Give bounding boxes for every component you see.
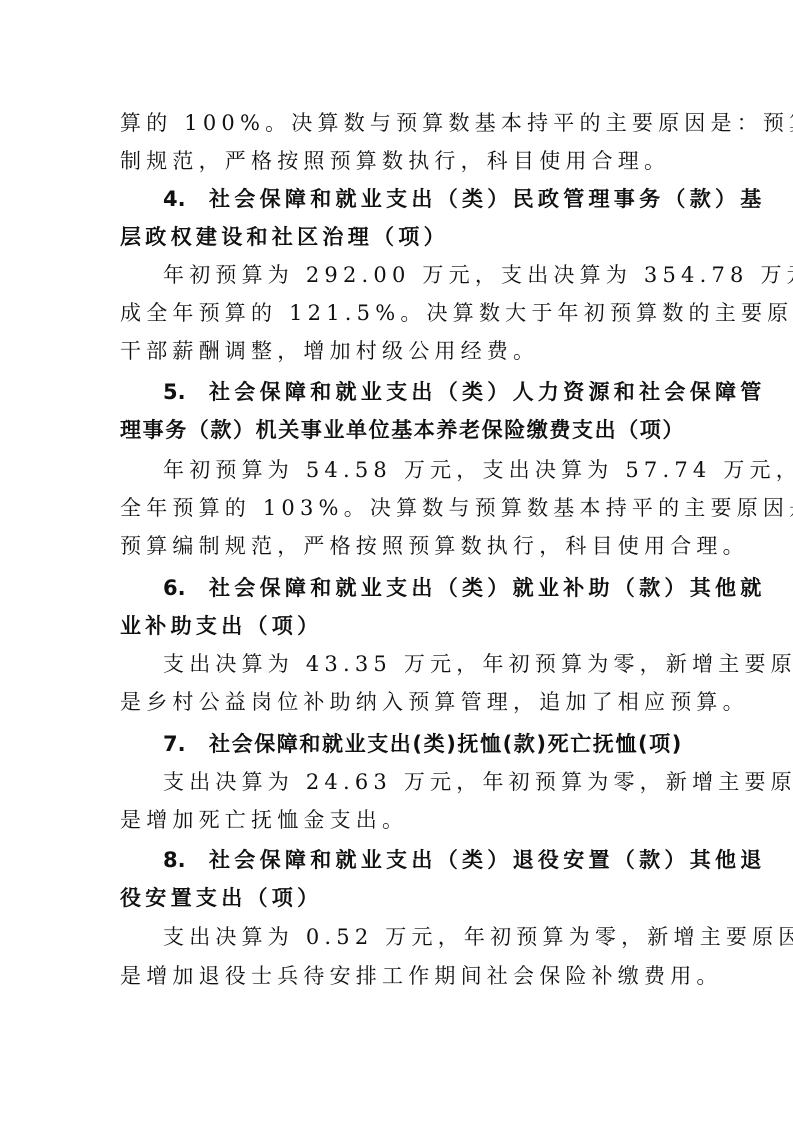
paragraph-line: 是乡村公益岗位补助纳入预算管理，追加了相应预算。 <box>120 687 680 717</box>
section-heading-5: 5.社会保障和就业支出（类）人力资源和社会保障管 <box>163 377 723 407</box>
paragraph-line: 年初预算为 292.00 万元，支出决算为 354.78 万元，完 <box>163 260 723 290</box>
paragraph-line: 年初预算为 54.58 万元，支出决算为 57.74 万元，完成 <box>163 455 723 485</box>
paragraph-line: 算的 100%。决算数与预算数基本持平的主要原因是：预算编 <box>120 108 680 138</box>
section-heading-5-cont: 理事务（款）机关事业单位基本养老保险缴费支出（项） <box>120 415 680 445</box>
paragraph-line: 支出决算为 24.63 万元，年初预算为零，新增主要原因 <box>163 767 723 797</box>
document-page: 算的 100%。决算数与预算数基本持平的主要原因是：预算编 制规范，严格按照预算… <box>0 0 793 1122</box>
paragraph-line: 是增加退役士兵待安排工作期间社会保险补缴费用。 <box>120 961 680 991</box>
section-number: 5. <box>163 377 209 407</box>
paragraph-line: 全年预算的 103%。决算数与预算数基本持平的主要原因是： <box>120 493 680 523</box>
section-heading-4: 4.社会保障和就业支出（类）民政管理事务（款）基 <box>163 184 723 214</box>
section-number: 7. <box>163 729 209 759</box>
paragraph-line: 干部薪酬调整，增加村级公用经费。 <box>120 336 680 366</box>
paragraph-line: 成全年预算的 121.5%。决算数大于年初预算数的主要原因村 <box>120 298 680 328</box>
section-heading-4-cont: 层政权建设和社区治理（项） <box>120 222 680 252</box>
paragraph-line: 是增加死亡抚恤金支出。 <box>120 805 680 835</box>
paragraph-line: 支出决算为 43.35 万元，年初预算为零，新增主要原因 <box>163 649 723 679</box>
section-heading-7: 7.社会保障和就业支出(类)抚恤(款)死亡抚恤(项) <box>163 729 723 759</box>
section-heading-6: 6.社会保障和就业支出（类）就业补助（款）其他就 <box>163 573 723 603</box>
section-number: 4. <box>163 184 209 214</box>
paragraph-line: 预算编制规范，严格按照预算数执行，科目使用合理。 <box>120 531 680 561</box>
section-number: 8. <box>163 845 209 875</box>
paragraph-line: 支出决算为 0.52 万元，年初预算为零，新增主要原因 <box>163 922 723 952</box>
section-heading-6-cont: 业补助支出（项） <box>120 611 680 641</box>
section-number: 6. <box>163 573 209 603</box>
section-heading-8: 8.社会保障和就业支出（类）退役安置（款）其他退 <box>163 845 723 875</box>
section-heading-8-cont: 役安置支出（项） <box>120 883 680 913</box>
paragraph-line: 制规范，严格按照预算数执行，科目使用合理。 <box>120 146 680 176</box>
